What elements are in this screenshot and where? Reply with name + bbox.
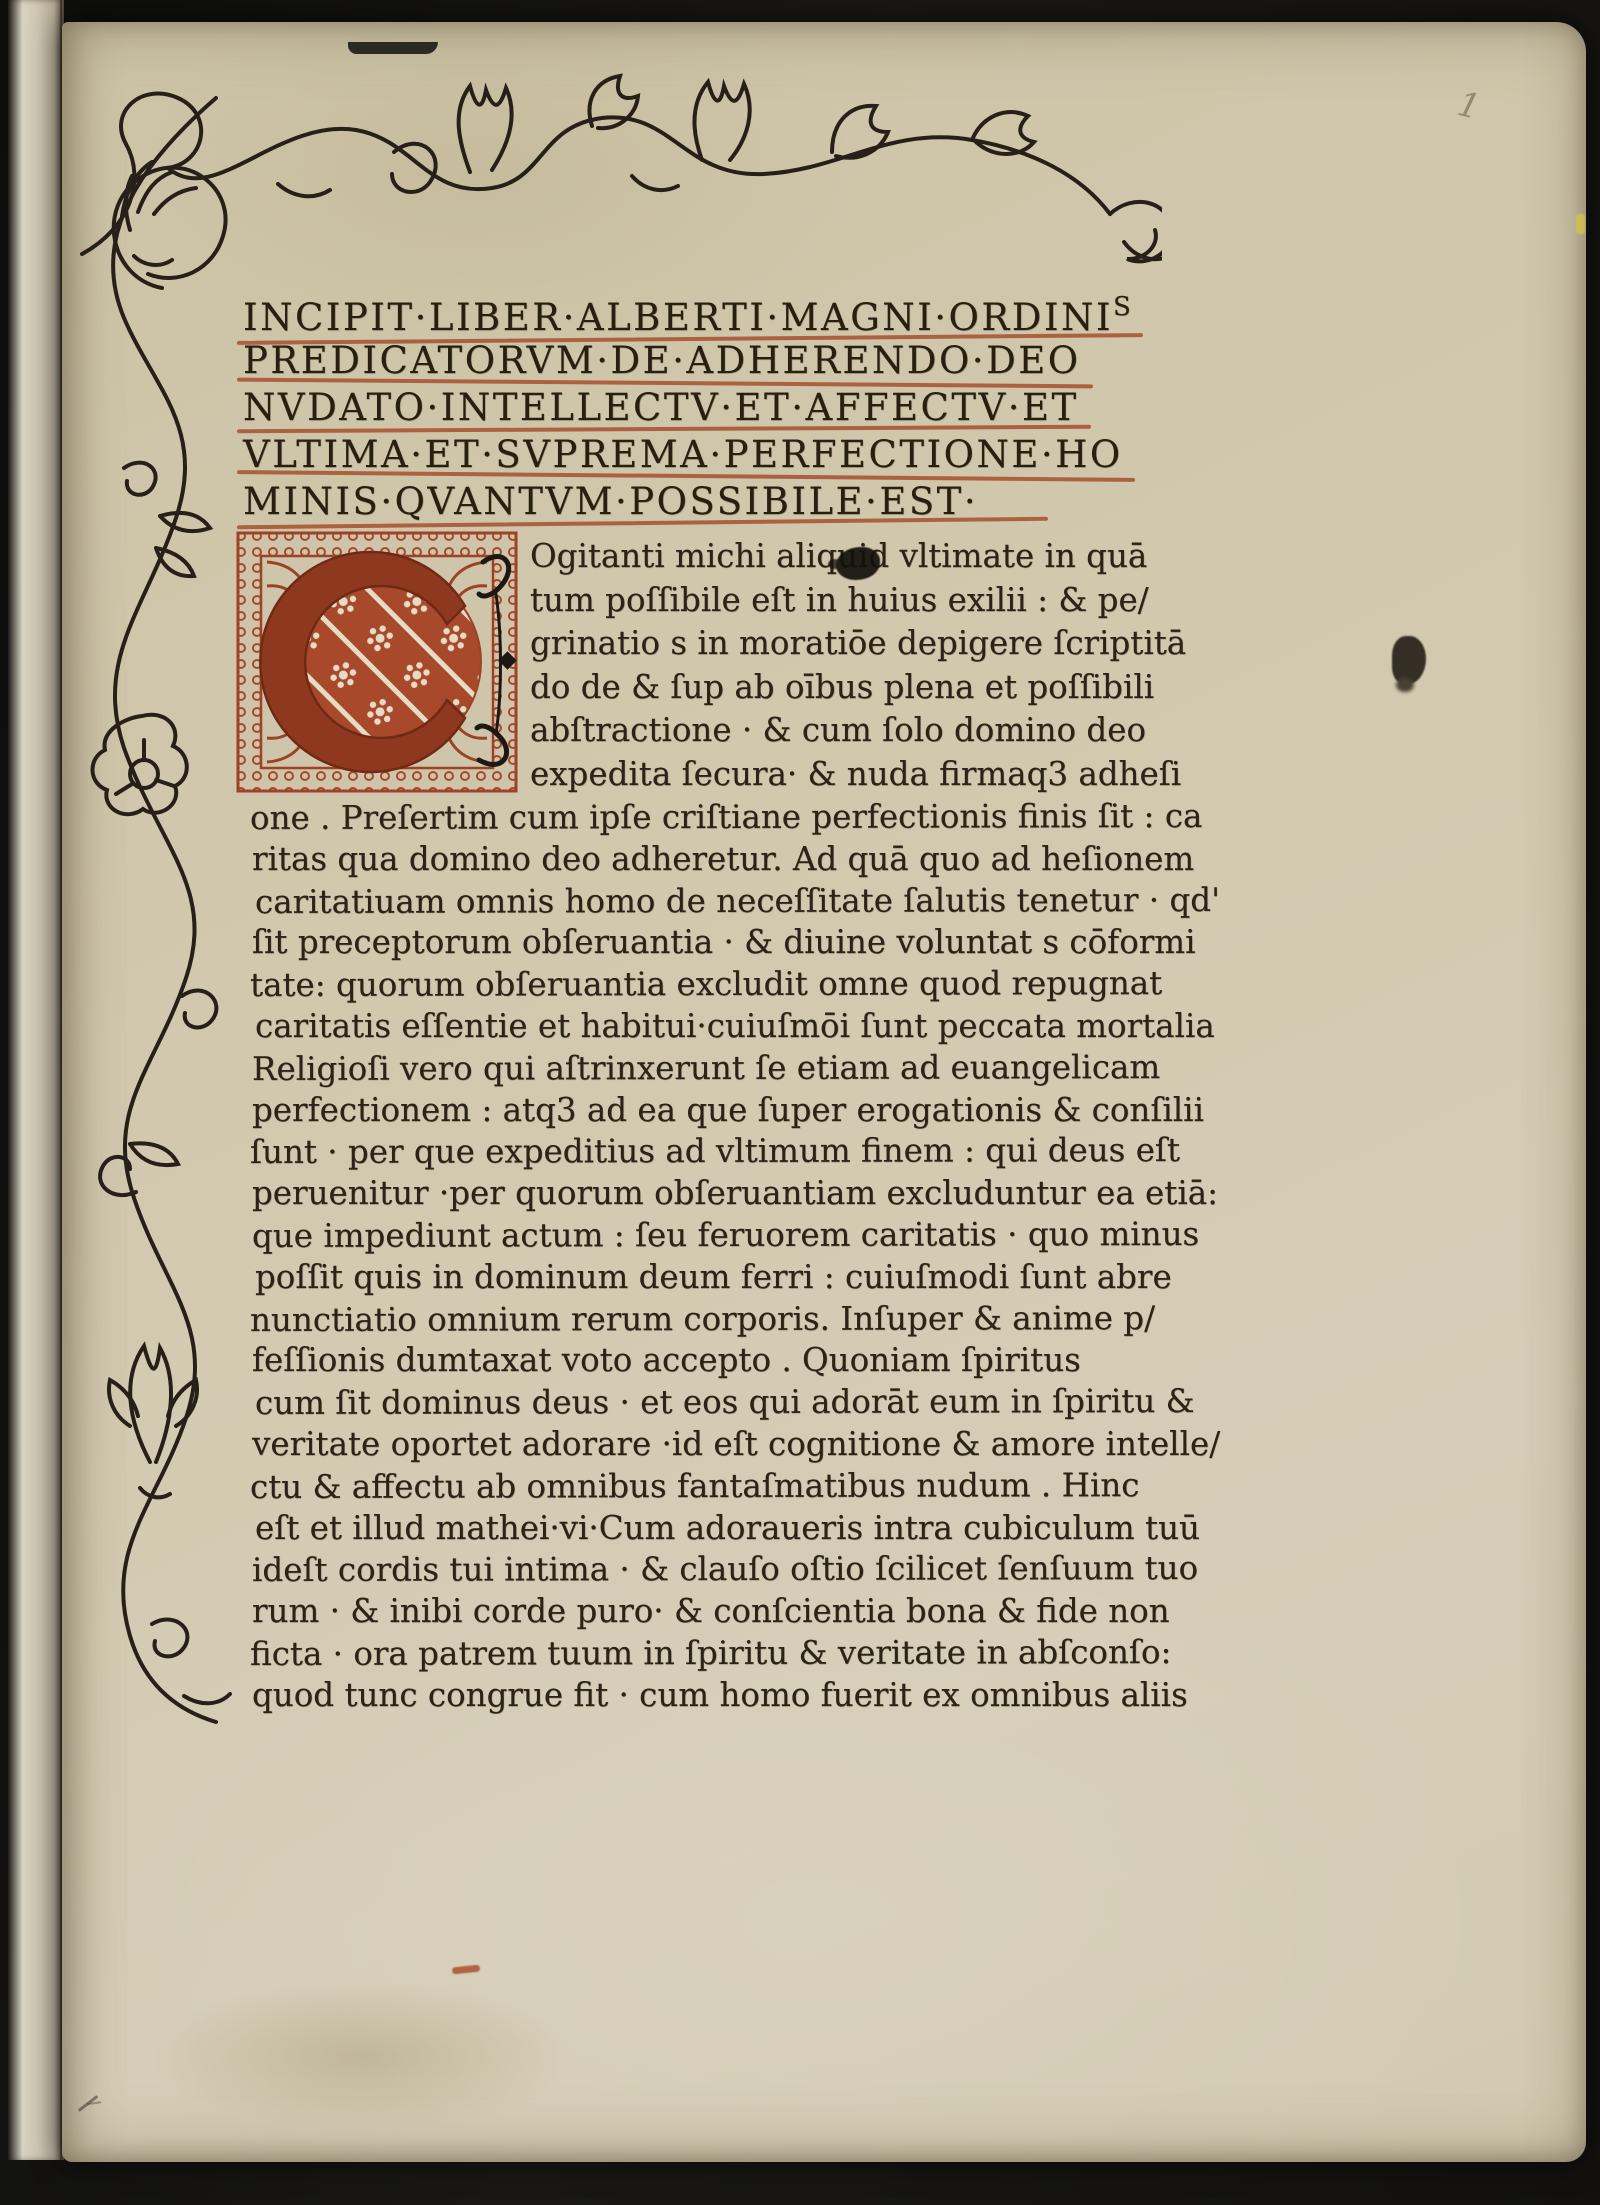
paper-edge-notch — [348, 42, 438, 54]
text-line: peruenitur ·per quorum obſeruantiam excl… — [252, 1174, 1157, 1216]
left-floral-border — [64, 96, 246, 1736]
text-line: do de & ſup ab oībus plena et poſſibili — [530, 668, 1155, 712]
text-line: caritatis eſſentie et habitui·cuiuſmōi ſ… — [255, 1007, 1157, 1049]
title-line-text: VLTIMA·ET·SVPREMA·PERFECTIONE·HO — [243, 433, 1123, 476]
title-line: NVDATO·INTELLECTV·ET·AFFECTV·ET — [243, 386, 1153, 433]
title-line-text: NVDATO·INTELLECTV·ET·AFFECTV·ET — [243, 386, 1079, 429]
text-line: rum · & inibi corde puro· & conſcientia … — [252, 1592, 1157, 1634]
text-line: grinatio s in moratiōe depigere ſcriptit… — [530, 624, 1155, 668]
text-line: ficta · ora patrem tuum in ſpiritu & ver… — [250, 1633, 1157, 1677]
text-line: ritas qua domino deo adheretur. Ad quā q… — [252, 840, 1157, 882]
text-line: poſſit quis in dominum deum ferri : cuiu… — [255, 1258, 1157, 1300]
book-fore-edge — [8, 0, 64, 2160]
text-line: feſſionis dumtaxat voto accepto . Quonia… — [252, 1341, 1157, 1383]
text-line: expedita ſecura· & nuda firmaq3 adheſi — [530, 755, 1155, 799]
text-line: perfectionem : atq3 ad ea que ſuper erog… — [252, 1091, 1157, 1133]
title-line-text: INCIPIT·LIBER·ALBERTI·MAGNI·ORDINIS — [243, 292, 1131, 339]
text-line: cum ſit dominus deus · et eos qui adorāt… — [255, 1382, 1157, 1426]
text-line: abſtractione · & cum ſolo domino deo — [530, 711, 1155, 755]
text-line: caritatiuam omnis homo de neceſſitate ſa… — [255, 881, 1157, 925]
title-block: INCIPIT·LIBER·ALBERTI·MAGNI·ORDINISPREDI… — [243, 292, 1153, 527]
decorated-initial-C — [233, 528, 521, 796]
text-line: ſit preceptorum obſeruantia · & diuine v… — [252, 923, 1157, 965]
book-photo: INCIPIT·LIBER·ALBERTI·MAGNI·ORDINISPREDI… — [0, 0, 1600, 2205]
title-line: MINIS·QVANTVM·POSSIBILE·EST· — [243, 480, 1153, 527]
text-line: tate: quorum obſeruantia excludit omne q… — [250, 964, 1157, 1008]
title-line-text: MINIS·QVANTVM·POSSIBILE·EST· — [243, 480, 978, 523]
text-line: ideſt cordis tui intima · & clauſo oſtio… — [252, 1549, 1157, 1593]
text-line: one . Preſertim cum ipſe criſtiane perfe… — [250, 797, 1157, 841]
text-line: Religioſi vero qui aſtrinxerunt ſe etiam… — [252, 1048, 1157, 1092]
title-line: PREDICATORVM·DE·ADHERENDO·DEO — [243, 339, 1153, 386]
superscript-letter: S — [1113, 292, 1131, 322]
text-line: tum poſſibile eſt in huius exilii : & pe… — [530, 581, 1155, 625]
title-line-text: PREDICATORVM·DE·ADHERENDO·DEO — [243, 339, 1081, 382]
text-line: nunctiatio omnium rerum corporis. Inſupe… — [250, 1299, 1157, 1343]
paper-discoloration — [1576, 214, 1585, 234]
text-line: que impediunt actum : ſeu feruorem carit… — [252, 1215, 1157, 1259]
text-line: ctu & affectu ab omnibus fantaſmatibus n… — [250, 1466, 1157, 1510]
title-line: INCIPIT·LIBER·ALBERTI·MAGNI·ORDINIS — [243, 292, 1153, 339]
text-line: eſt et illud mathei·vi·Cum adoraueris in… — [255, 1509, 1157, 1551]
title-line: VLTIMA·ET·SVPREMA·PERFECTIONE·HO — [243, 433, 1153, 480]
text-line: ſunt · per que expeditius ad vltimum fin… — [250, 1131, 1157, 1175]
text-line: quod tunc congrue fit · cum homo fuerit … — [252, 1676, 1157, 1718]
body-text-full: one . Preſertim cum ipſe criſtiane perfe… — [252, 798, 1157, 1718]
text-line: veritate oportet adorare ·id eſt cogniti… — [252, 1425, 1157, 1467]
